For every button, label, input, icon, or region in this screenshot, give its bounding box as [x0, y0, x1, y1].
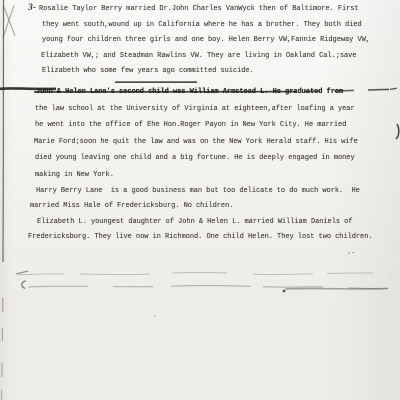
crease-smudge-upper: [16, 271, 390, 275]
pencil-c-mark: [22, 281, 26, 289]
crease-smudge-lower: [22, 281, 391, 289]
text-line: died young leaving one child and a big f…: [35, 154, 355, 162]
text-line: the law school at the University of Virg…: [35, 105, 355, 113]
section-divider-rule: [115, 81, 197, 83]
right-edge-ink-mark: [396, 124, 399, 139]
text-line: Harry Berry Lane is a good business man …: [36, 187, 360, 195]
page-edge-line: [2, 0, 4, 400]
handwritten-marker: 3-: [28, 3, 36, 13]
text-line: Rosalie Taylor Berry married Dr.John Cha…: [39, 5, 359, 13]
text-line: he went into the office of Ehe Hon.Roger…: [35, 121, 346, 129]
text-line: Fredericksburg. They live now in Richmon…: [28, 233, 373, 241]
text-line: they went south,wound up in California w…: [42, 21, 362, 29]
text-line: Elizabeth L. youngest daughter of John &…: [37, 218, 352, 226]
page-marks-overlay: [0, 0, 400, 400]
stray-specks: [154, 252, 354, 317]
text-line: Elizabeth VW,; and Steadman Rawlins VW. …: [41, 52, 356, 60]
struck-text-line: John & Helen Lane's second child was Wil…: [36, 88, 343, 96]
text-line: making in New York.: [35, 171, 114, 179]
text-line: Elizabeth who some few years ago committ…: [42, 67, 254, 75]
text-line: young four children three girls and one …: [42, 36, 370, 44]
pencil-x-mark: [3, 5, 15, 38]
text-line: married Miss Hale of Fredericksburg. No …: [30, 202, 233, 210]
text-line: Marie Ford;soon he quit the law and was …: [34, 138, 358, 146]
scanned-document-page: 3- Rosalie Taylor Berry married Dr.John …: [0, 0, 400, 400]
